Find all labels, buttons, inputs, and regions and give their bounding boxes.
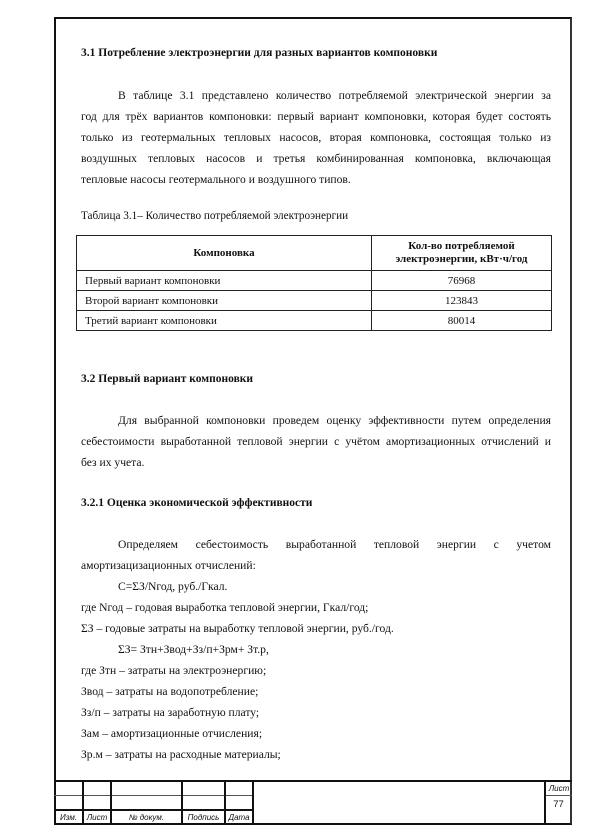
definition-line: где Nгод – годовая выработка тепловой эн… [81, 601, 368, 614]
definition-line: Звод – затраты на водопотребление; [81, 685, 258, 698]
table-caption: Таблица 3.1– Количество потребляемой эле… [81, 210, 348, 222]
sheet-label: Лист [546, 784, 572, 793]
sheet-box-divider [545, 795, 572, 796]
table-header-row: Компоновка Кол-во потребляемойэлектроэне… [77, 236, 552, 271]
stamp-label-sheet: Лист [84, 813, 110, 822]
row-label: Третий вариант компоновки [77, 311, 372, 331]
section-heading-3-2: 3.2 Первый вариант компоновки [81, 373, 253, 385]
stamp-col-divider [252, 781, 254, 825]
row-value: 80014 [372, 311, 552, 331]
table-row: Первый вариант компоновки 76968 [77, 271, 552, 291]
definition-line: Зз/п – затраты на заработную плату; [81, 706, 259, 719]
row-value: 123843 [372, 291, 552, 311]
paragraph-line: воздушных тепловых насосов и третья комб… [81, 152, 551, 165]
paragraph-line: Определяем себестоимость выработанной те… [118, 538, 551, 551]
row-label: Второй вариант компоновки [77, 291, 372, 311]
stamp-top-border [54, 780, 572, 782]
table-row: Второй вариант компоновки 123843 [77, 291, 552, 311]
paragraph-line: только из геотермальных тепловых насосов… [81, 131, 551, 144]
row-label: Первый вариант компоновки [77, 271, 372, 291]
paragraph-line: тепловые насосы геотермального и воздушн… [81, 173, 351, 186]
stamp-label-signature: Подпись [183, 813, 224, 822]
formula-cost: С=ΣЗ/Nгод, руб./Гкал. [118, 580, 227, 593]
definition-line: Зр.м – затраты на расходные материалы; [81, 748, 281, 761]
section-heading-3-2-1: 3.2.1 Оценка экономической эффективности [81, 497, 312, 509]
energy-consumption-table: Компоновка Кол-во потребляемойэлектроэне… [76, 235, 552, 331]
sheet-number: 77 [545, 799, 572, 810]
stamp-label-date: Дата [226, 813, 252, 822]
row-value: 76968 [372, 271, 552, 291]
paragraph-line: амортизацизационных отчислений: [81, 559, 256, 572]
table-row: Третий вариант компоновки 80014 [77, 311, 552, 331]
paragraph-line: год для трёх вариантов компоновки: первы… [81, 110, 551, 123]
section-heading-3-1: 3.1 Потребление электроэнергии для разны… [81, 47, 437, 59]
paragraph-line: без их учета. [81, 456, 144, 469]
paragraph-line: себестоимости выработанной тепловой энер… [81, 435, 551, 448]
paragraph-line: В таблице 3.1 представлено количество по… [118, 89, 551, 102]
header-layout: Компоновка [77, 236, 372, 271]
definition-line: ΣЗ – годовые затраты на выработку теплов… [81, 622, 394, 635]
definition-line: Зам – амортизационные отчисления; [81, 727, 262, 740]
definition-line: где Зтн – затраты на электроэнергию; [81, 664, 266, 677]
formula-total-costs: ΣЗ= Зтн+Звод+Зз/п+Зрм+ Зт.р, [118, 643, 269, 656]
stamp-label-doc-number: № докум. [112, 813, 181, 822]
stamp-label-change: Изм. [55, 813, 82, 822]
header-energy: Кол-во потребляемойэлектроэнергии, кВт·ч… [372, 236, 552, 271]
paragraph-line: Для выбранной компоновки проведем оценку… [118, 414, 551, 427]
